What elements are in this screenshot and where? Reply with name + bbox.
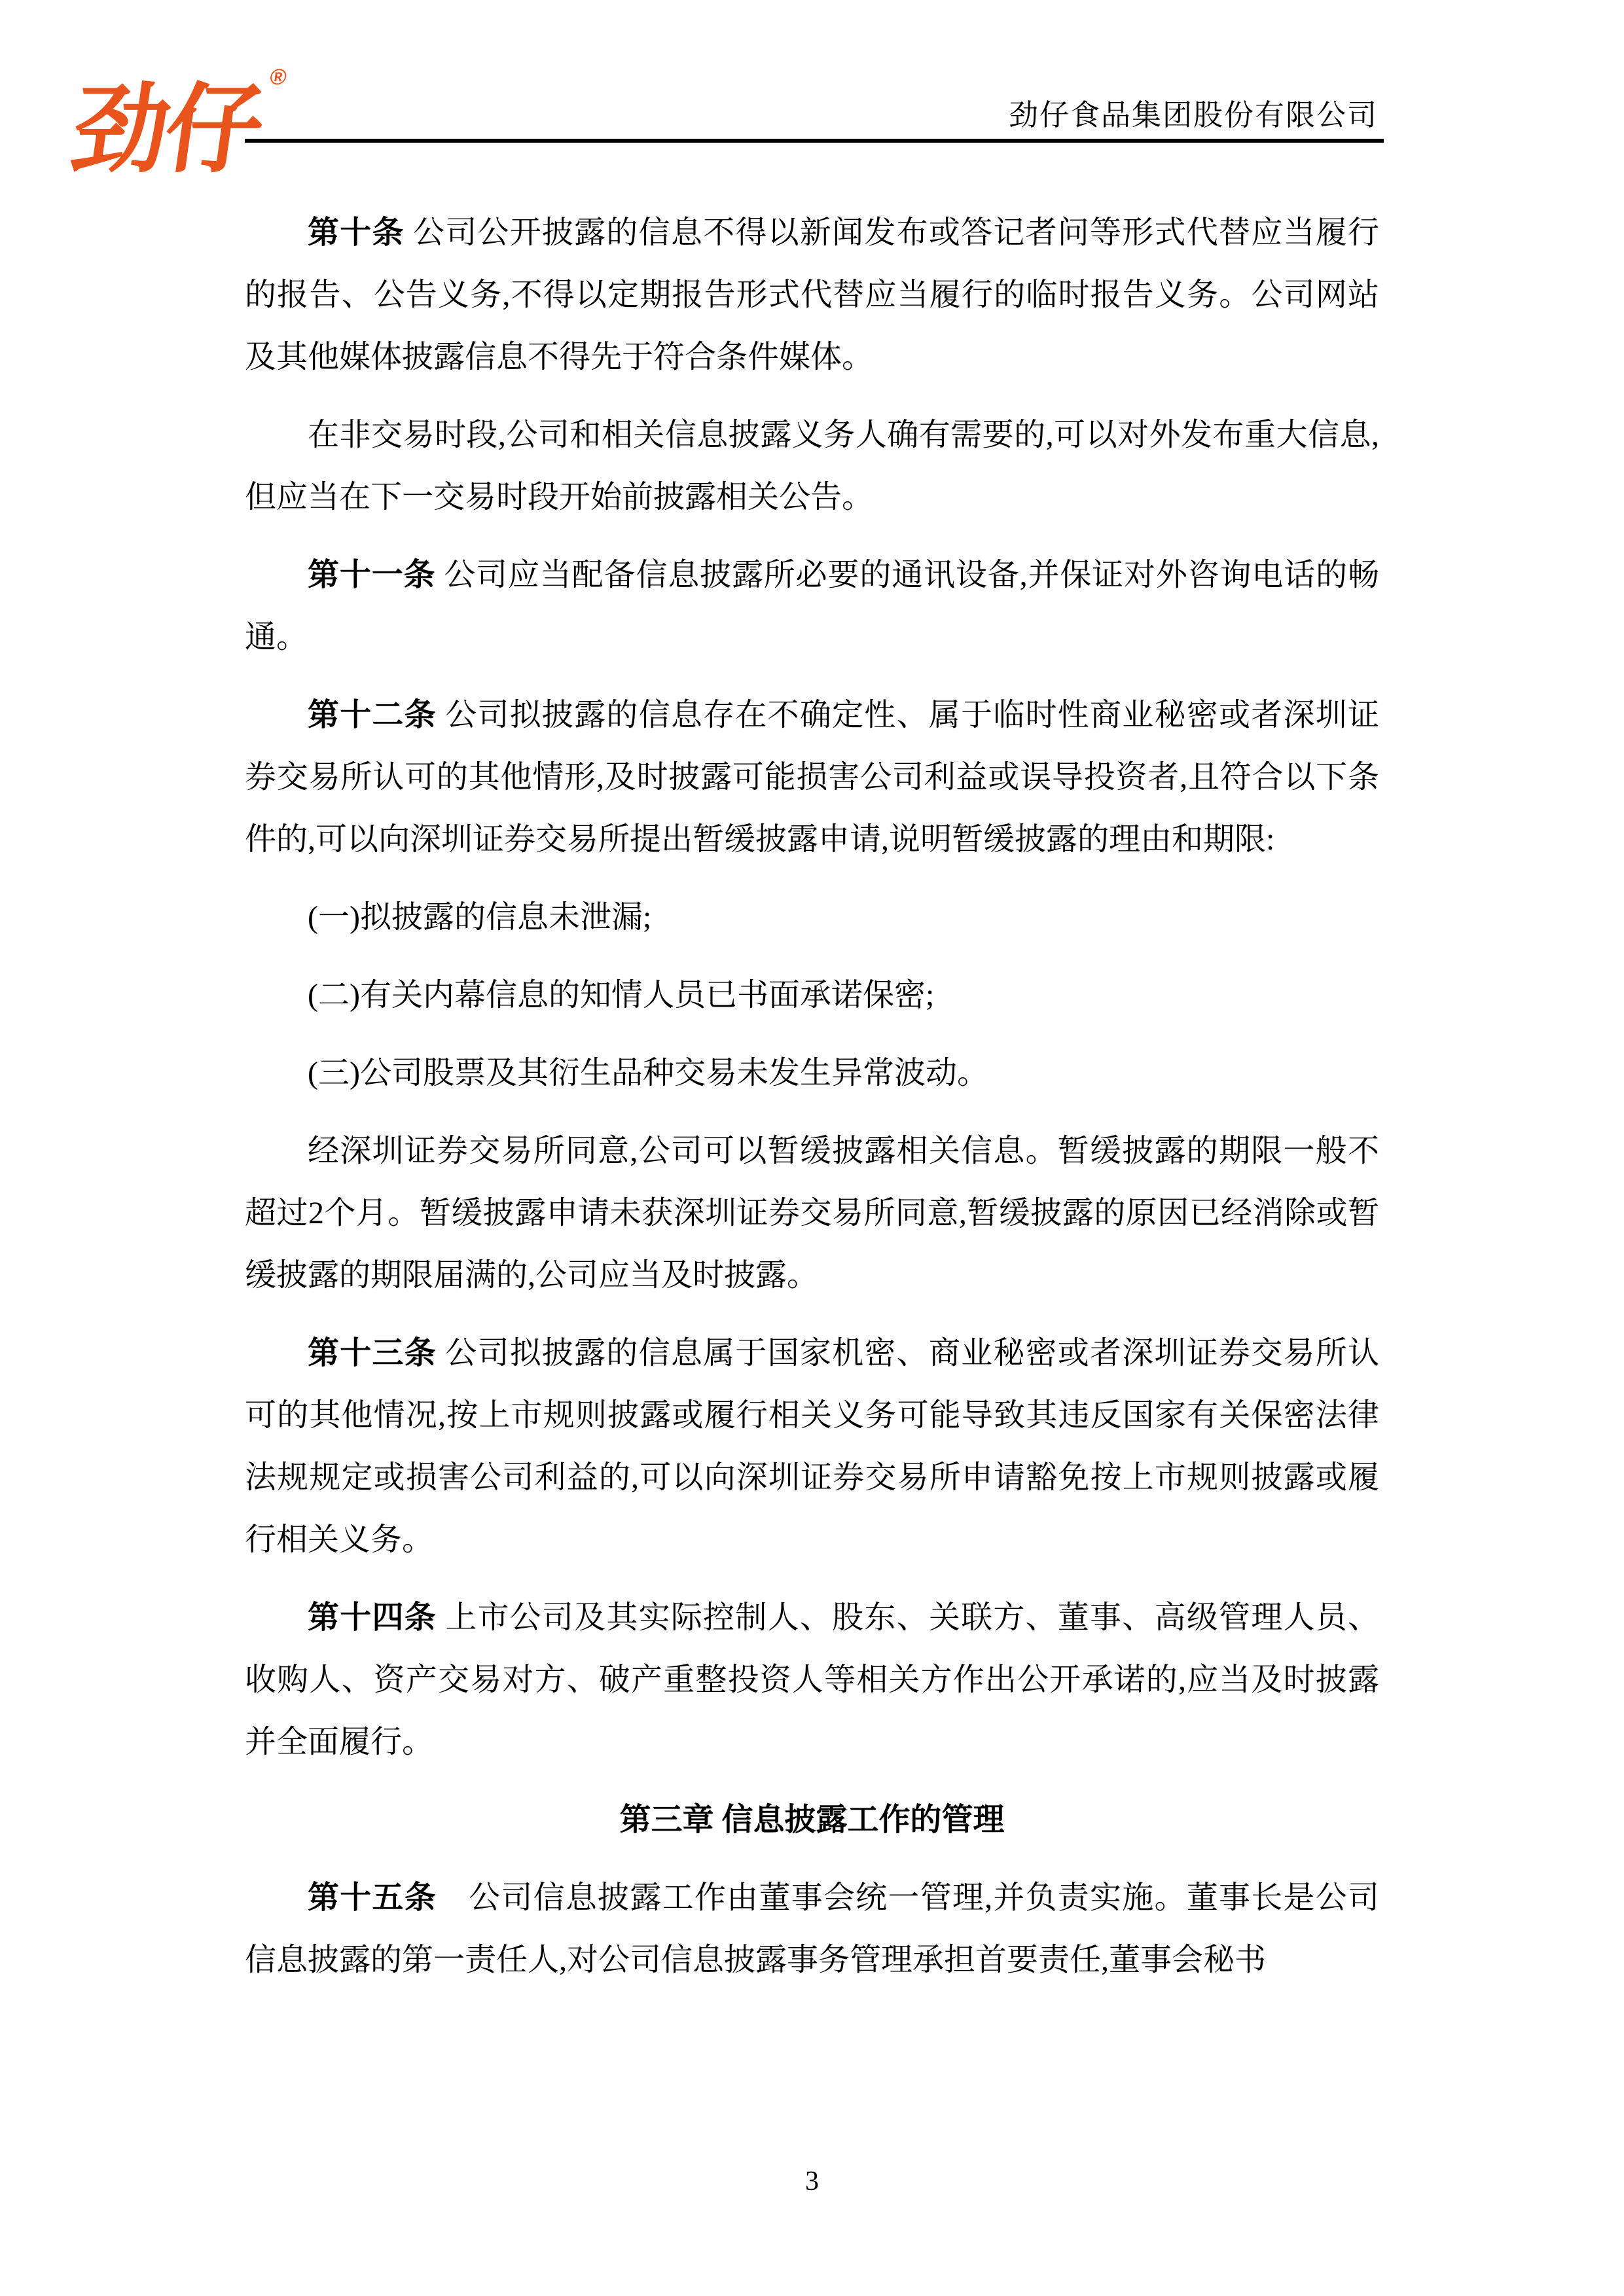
jinzai-logo: 劲仔®: [65, 64, 289, 188]
article-number: 第十二条: [308, 698, 437, 732]
document-page: 劲仔® 劲仔食品集团股份有限公司 第十条 公司公开披露的信息不得以新闻发布或答记…: [0, 0, 1624, 2296]
page-number: 3: [0, 2168, 1624, 2195]
paragraph-text: 在非交易时段,公司和相关信息披露义务人确有需要的,可以对外发布重大信息,但应当在…: [245, 418, 1379, 514]
paragraph-text: 经深圳证券交易所同意,公司可以暂缓披露相关信息。暂缓披露的期限一般不超过2个月。…: [245, 1134, 1379, 1293]
paragraph: 第十四条 上市公司及其实际控制人、股东、关联方、董事、高级管理人员、收购人、资产…: [245, 1587, 1379, 1773]
paragraph: (一)拟披露的信息未泄漏;: [245, 886, 1379, 948]
paragraph: (二)有关内幕信息的知情人员已书面承诺保密;: [245, 964, 1379, 1026]
article-number: 第十一条: [308, 558, 435, 592]
paragraph-text: (三)公司股票及其衍生品种交易未发生异常波动。: [308, 1056, 988, 1090]
paragraph: 在非交易时段,公司和相关信息披露义务人确有需要的,可以对外发布重大信息,但应当在…: [245, 404, 1379, 528]
paragraph: 第十二条 公司拟披露的信息存在不确定性、属于临时性商业秘密或者深圳证券交易所认可…: [245, 684, 1379, 870]
header-divider: [245, 139, 1384, 143]
paragraph: 第十条 公司公开披露的信息不得以新闻发布或答记者问等形式代替应当履行的报告、公告…: [245, 202, 1379, 388]
registered-trademark-icon: ®: [268, 65, 288, 90]
article-number: 第十四条: [308, 1600, 437, 1635]
article-number: 第十条: [308, 215, 405, 250]
paragraph: 第十三条 公司拟披露的信息属于国家机密、商业秘密或者深圳证券交易所认可的其他情况…: [245, 1322, 1379, 1571]
paragraph-text: (二)有关内幕信息的知情人员已书面承诺保密;: [308, 978, 934, 1013]
paragraph-text: (一)拟披露的信息未泄漏;: [308, 900, 651, 935]
jinzai-logo-text: 劲仔: [65, 76, 266, 184]
article-number: 第十三条: [308, 1336, 437, 1371]
paragraph-text: 公司公开披露的信息不得以新闻发布或答记者问等形式代替应当履行的报告、公告义务,不…: [245, 215, 1379, 374]
document-body: 第十条 公司公开披露的信息不得以新闻发布或答记者问等形式代替应当履行的报告、公告…: [245, 202, 1379, 2007]
paragraph: 经深圳证券交易所同意,公司可以暂缓披露相关信息。暂缓披露的期限一般不超过2个月。…: [245, 1120, 1379, 1306]
header-company-name: 劲仔食品集团股份有限公司: [1009, 99, 1378, 132]
article-number: 第十五条: [308, 1880, 437, 1915]
paragraph: 第三章 信息披露工作的管理: [245, 1789, 1379, 1851]
paragraph: 第十五条 公司信息披露工作由董事会统一管理,并负责实施。董事长是公司信息披露的第…: [245, 1867, 1379, 1991]
paragraph: 第十一条 公司应当配备信息披露所必要的通讯设备,并保证对外咨询电话的畅通。: [245, 544, 1379, 668]
paragraph: (三)公司股票及其衍生品种交易未发生异常波动。: [245, 1042, 1379, 1104]
article-number: 第三章 信息披露工作的管理: [619, 1803, 1004, 1837]
